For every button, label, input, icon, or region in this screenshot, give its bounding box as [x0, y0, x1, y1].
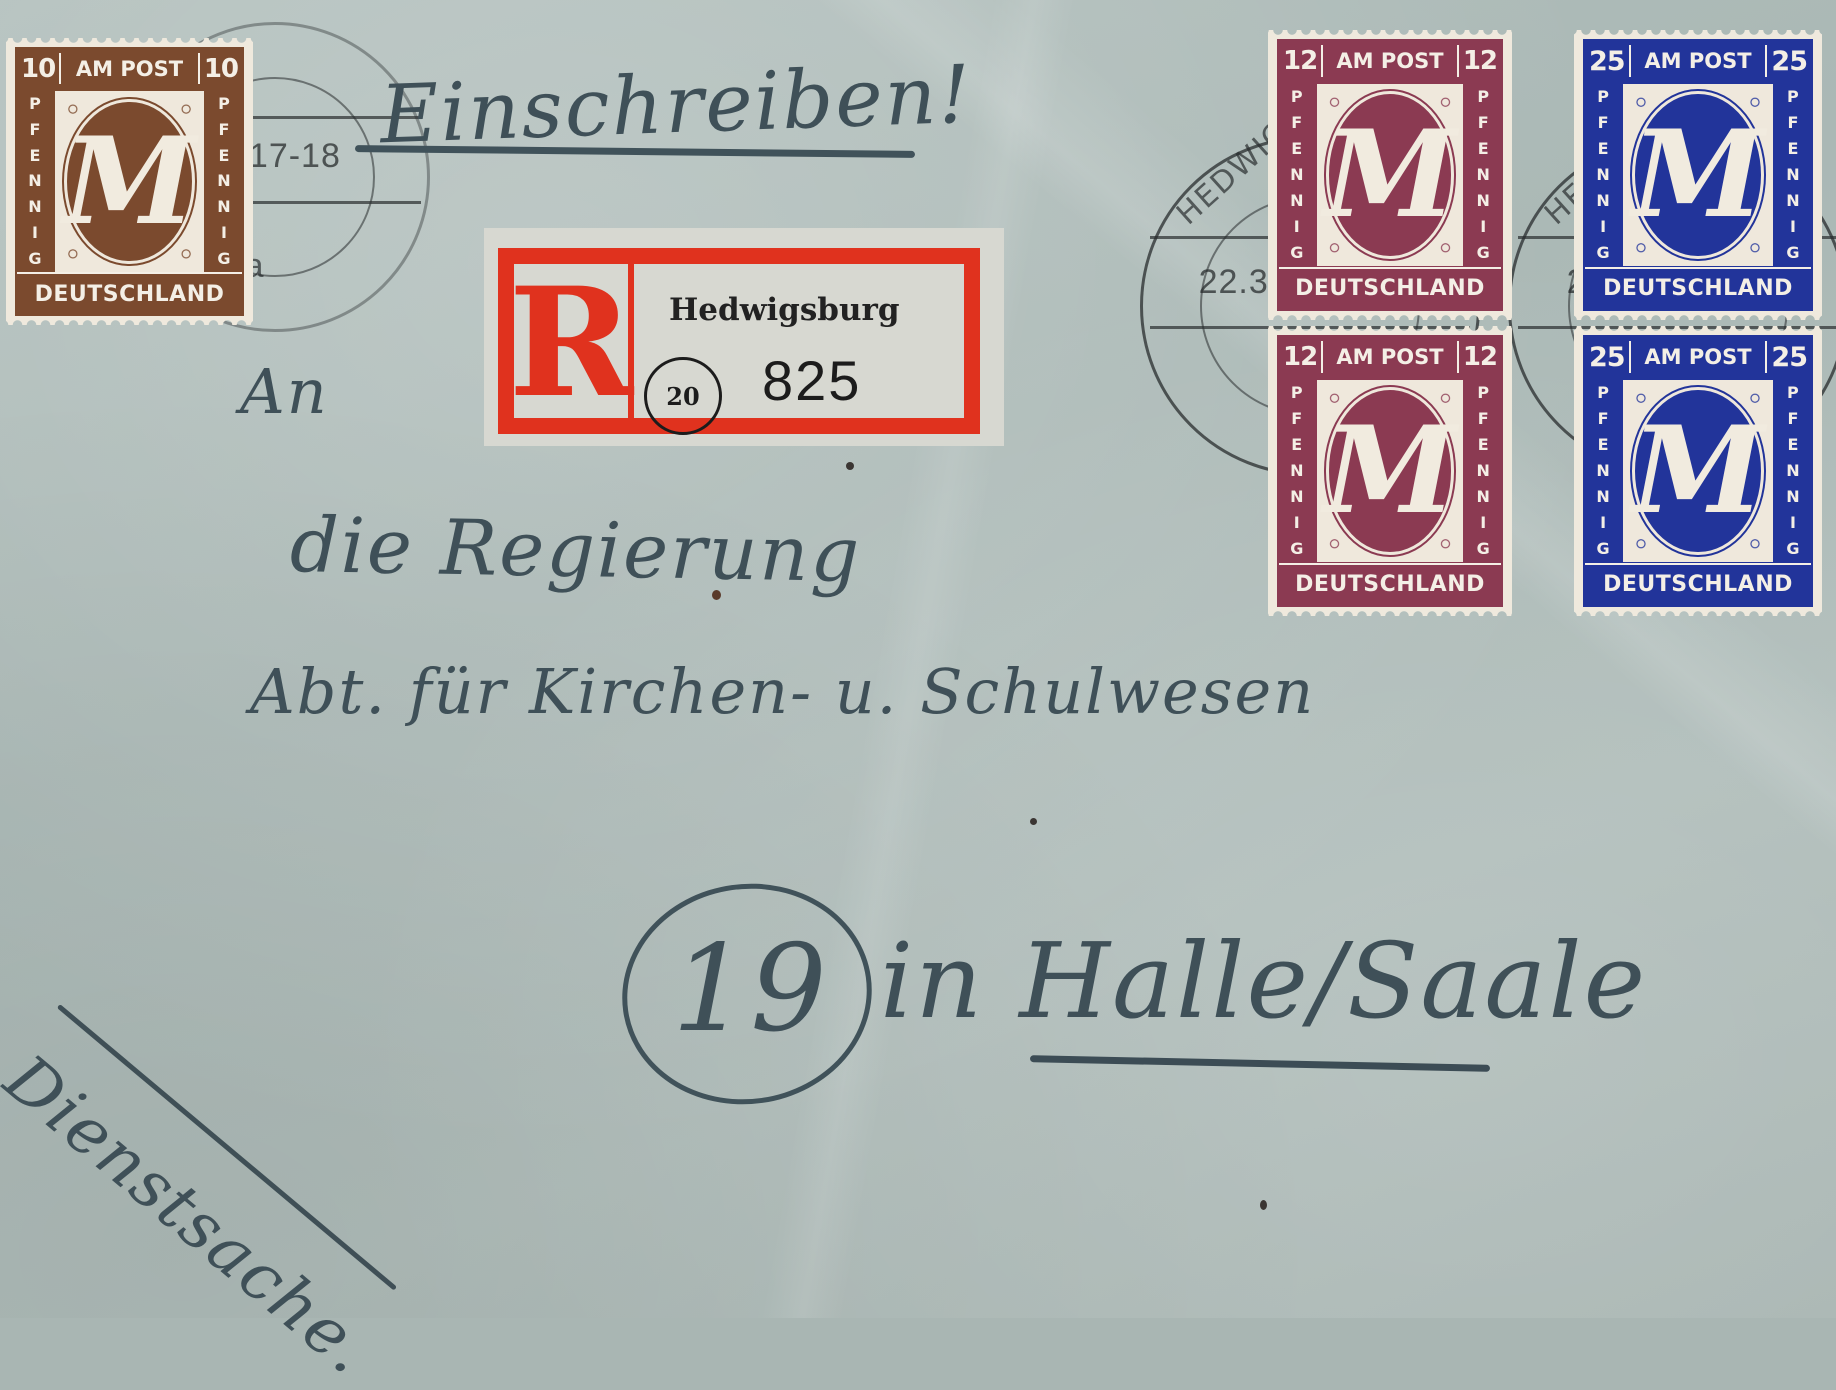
stamp-header: 25 AM POST 25 [1585, 337, 1811, 377]
stamp-side-letter: E [30, 148, 41, 164]
stamp-side-text: PFENNIG [206, 91, 242, 271]
stamp-side-text: PFENNIG [1775, 380, 1811, 562]
stamp-footer: DEUTSCHLAND [17, 272, 242, 314]
stamp-side-letter: F [1291, 115, 1302, 131]
stamp-side-letter: I [1294, 515, 1300, 531]
stamp-side-letter: P [218, 96, 230, 112]
stamp-side-letter: N [1786, 167, 1799, 183]
registration-town: Hedwigsburg [669, 292, 900, 328]
stamp-value: 25 [1771, 342, 1807, 373]
stamp-side-letter: I [1600, 219, 1606, 235]
handwritten-city: in Halle/Saale [880, 920, 1647, 1042]
stamp-side-letter: N [1786, 193, 1799, 209]
stamp-ornament: M [1317, 380, 1464, 562]
stamp-side-letter: N [1290, 489, 1303, 505]
registration-r-letter: R [509, 268, 634, 418]
stamp-header: 12 AM POST 12 [1279, 41, 1501, 81]
stamp-am-post: AM POST [59, 53, 200, 84]
stamp-ornament: M [1623, 84, 1772, 266]
stamp-side-letter: I [1790, 219, 1796, 235]
registration-r-box: R [514, 264, 634, 418]
stamp-side-text: PFENNIG [1585, 84, 1621, 266]
stamp-side-letter: P [1477, 385, 1489, 401]
m-emblem-icon: M [64, 99, 195, 265]
stamp-side-letter: I [1600, 515, 1606, 531]
paper-speck [1260, 1200, 1267, 1210]
stamp-side-letter: G [1786, 245, 1799, 261]
stamp-side-letter: P [1291, 89, 1303, 105]
stamp-side-letter: E [1291, 141, 1302, 157]
stamp-value: 12 [1463, 342, 1497, 372]
stamp-side-text: PFENNIG [1279, 380, 1315, 562]
stamp-side-letter: E [1787, 437, 1798, 453]
stamp-am-post: AM POST [1321, 45, 1459, 76]
stamp-side-letter: G [1786, 541, 1799, 557]
stamp-side-letter: F [1291, 411, 1302, 427]
stamp-side-letter: G [1477, 245, 1490, 261]
handwritten-einschreiben: Einschreiben! [379, 48, 974, 162]
m-emblem-icon: M [1326, 387, 1455, 555]
registration-label: R Hedwigsburg 20 825 [484, 228, 1004, 446]
stamp-side-text: PFENNIG [1279, 84, 1315, 266]
stamp-side-letter: G [1597, 245, 1610, 261]
stamp-header: 12 AM POST 12 [1279, 337, 1501, 377]
stamp-side-text: PFENNIG [1465, 380, 1501, 562]
m-emblem-icon: M [1326, 91, 1455, 259]
stamp-side-letter: N [1596, 463, 1609, 479]
stamp-ornament: M [55, 91, 204, 271]
stamp-side-letter: E [219, 148, 230, 164]
paper-speck [712, 590, 721, 600]
stamp-side-letter: N [1290, 167, 1303, 183]
stamp-side-letter: F [1787, 115, 1798, 131]
stamp-12-pfennig: 12 AM POST 12 PFENNIG M PFENNIG DEUTSCHL… [1268, 30, 1512, 320]
m-emblem-icon: M [1632, 387, 1763, 555]
stamp-side-letter: P [1597, 89, 1609, 105]
stamp-frame: 25 AM POST 25 PFENNIG M PFENNIG DEUTSCHL… [1583, 39, 1813, 311]
stamp-side-letter: E [1478, 437, 1489, 453]
stamp-side-letter: F [30, 122, 41, 138]
stamp-side-letter: F [1478, 411, 1489, 427]
stamp-side-letter: N [1477, 167, 1490, 183]
postmark-letter: a [245, 247, 427, 286]
stamp-value: 25 [1589, 342, 1625, 373]
stamp-side-letter: E [1787, 141, 1798, 157]
paper-speck [1030, 818, 1037, 825]
stamp-frame: 10 AM POST 10 PFENNIG M PFENNIG DEUTSCHL… [15, 47, 244, 316]
stamp-frame: 12 AM POST 12 PFENNIG M PFENNIG DEUTSCHL… [1277, 335, 1503, 607]
registration-office-number: 20 [644, 357, 722, 435]
stamp-side-letter: F [1598, 115, 1609, 131]
stamp-side-letter: N [28, 199, 41, 215]
stamp-frame: 25 AM POST 25 PFENNIG M PFENNIG DEUTSCHL… [1583, 335, 1813, 607]
stamp-side-letter: G [1290, 245, 1303, 261]
registration-label-border: R Hedwigsburg 20 825 [498, 248, 980, 434]
stamp-side-text: PFENNIG [1465, 84, 1501, 266]
stamp-side-letter: I [1294, 219, 1300, 235]
stamp-ornament: M [1623, 380, 1772, 562]
stamp-side-letter: P [1291, 385, 1303, 401]
stamp-value: 25 [1771, 46, 1807, 77]
handwritten-dienstsache: Dienstsache. [0, 1040, 387, 1318]
stamp-side-letter: N [217, 199, 230, 215]
stamp-10-pfennig: 10 AM POST 10 PFENNIG M PFENNIG DEUTSCHL… [6, 38, 253, 325]
stamp-header: 25 AM POST 25 [1585, 41, 1811, 81]
stamp-side-letter: G [1290, 541, 1303, 557]
stamp-side-letter: N [217, 173, 230, 189]
stamp-side-letter: F [1787, 411, 1798, 427]
stamp-25-pfennig: 25 AM POST 25 PFENNIG M PFENNIG DEUTSCHL… [1574, 326, 1822, 616]
stamp-side-letter: I [32, 225, 38, 241]
handwritten-recipient: die Regierung [289, 500, 862, 599]
stamp-side-letter: E [1598, 141, 1609, 157]
stamp-value: 10 [21, 54, 55, 84]
stamp-footer: DEUTSCHLAND [1279, 563, 1501, 605]
stamp-side-letter: N [1786, 489, 1799, 505]
stamp-footer: DEUTSCHLAND [1585, 267, 1811, 309]
stamp-side-letter: G [28, 251, 41, 267]
envelope: 6. 17-18 a 10 AM POST 10 PFENNIG M PFENN… [0, 0, 1836, 1318]
stamp-side-letter: N [28, 173, 41, 189]
stamp-side-letter: N [1596, 193, 1609, 209]
stamp-side-letter: N [1596, 489, 1609, 505]
stamp-side-letter: N [1477, 193, 1490, 209]
stamp-side-letter: F [1598, 411, 1609, 427]
stamp-am-post: AM POST [1629, 45, 1768, 76]
stamp-side-letter: P [29, 96, 41, 112]
stamp-ornament: M [1317, 84, 1464, 266]
stamp-side-letter: P [1787, 385, 1799, 401]
stamp-header: 10 AM POST 10 [17, 49, 242, 89]
stamp-side-letter: G [217, 251, 230, 267]
stamp-value: 10 [204, 54, 238, 84]
paper-speck [846, 462, 854, 470]
stamp-side-letter: F [1478, 115, 1489, 131]
stamp-side-text: PFENNIG [1585, 380, 1621, 562]
stamp-side-letter: N [1477, 463, 1490, 479]
handwritten-postal-zone: 19 [672, 920, 829, 1059]
stamp-side-letter: E [1478, 141, 1489, 157]
stamp-side-letter: P [1477, 89, 1489, 105]
stamp-side-letter: G [1597, 541, 1610, 557]
stamp-am-post: AM POST [1629, 341, 1768, 372]
m-emblem-icon: M [1632, 91, 1763, 259]
registration-number: 825 [762, 348, 861, 413]
handwritten-department: Abt. für Kirchen- u. Schulwesen [250, 655, 1315, 728]
stamp-side-letter: E [1598, 437, 1609, 453]
stamp-side-letter: F [219, 122, 230, 138]
stamp-side-letter: P [1787, 89, 1799, 105]
stamp-side-letter: I [1480, 515, 1486, 531]
stamp-12-pfennig: 12 AM POST 12 PFENNIG M PFENNIG DEUTSCHL… [1268, 326, 1512, 616]
stamp-side-text: PFENNIG [1775, 84, 1811, 266]
stamp-side-letter: I [1480, 219, 1486, 235]
handwritten-an: An [240, 355, 329, 428]
stamp-value: 12 [1283, 46, 1317, 76]
stamp-side-letter: I [221, 225, 227, 241]
stamp-value: 12 [1283, 342, 1317, 372]
stamp-side-letter: N [1290, 463, 1303, 479]
underline [1030, 1055, 1490, 1072]
stamp-value: 25 [1589, 46, 1625, 77]
stamp-side-letter: I [1790, 515, 1796, 531]
stamp-side-letter: G [1477, 541, 1490, 557]
stamp-side-letter: N [1786, 463, 1799, 479]
stamp-25-pfennig: 25 AM POST 25 PFENNIG M PFENNIG DEUTSCHL… [1574, 30, 1822, 320]
stamp-side-letter: E [1291, 437, 1302, 453]
stamp-side-letter: N [1596, 167, 1609, 183]
stamp-footer: DEUTSCHLAND [1279, 267, 1501, 309]
stamp-side-letter: N [1290, 193, 1303, 209]
stamp-value: 12 [1463, 46, 1497, 76]
stamp-frame: 12 AM POST 12 PFENNIG M PFENNIG DEUTSCHL… [1277, 39, 1503, 311]
stamp-side-letter: N [1477, 489, 1490, 505]
stamp-side-text: PFENNIG [17, 91, 53, 271]
stamp-side-letter: P [1597, 385, 1609, 401]
stamp-footer: DEUTSCHLAND [1585, 563, 1811, 605]
stamp-am-post: AM POST [1321, 341, 1459, 372]
